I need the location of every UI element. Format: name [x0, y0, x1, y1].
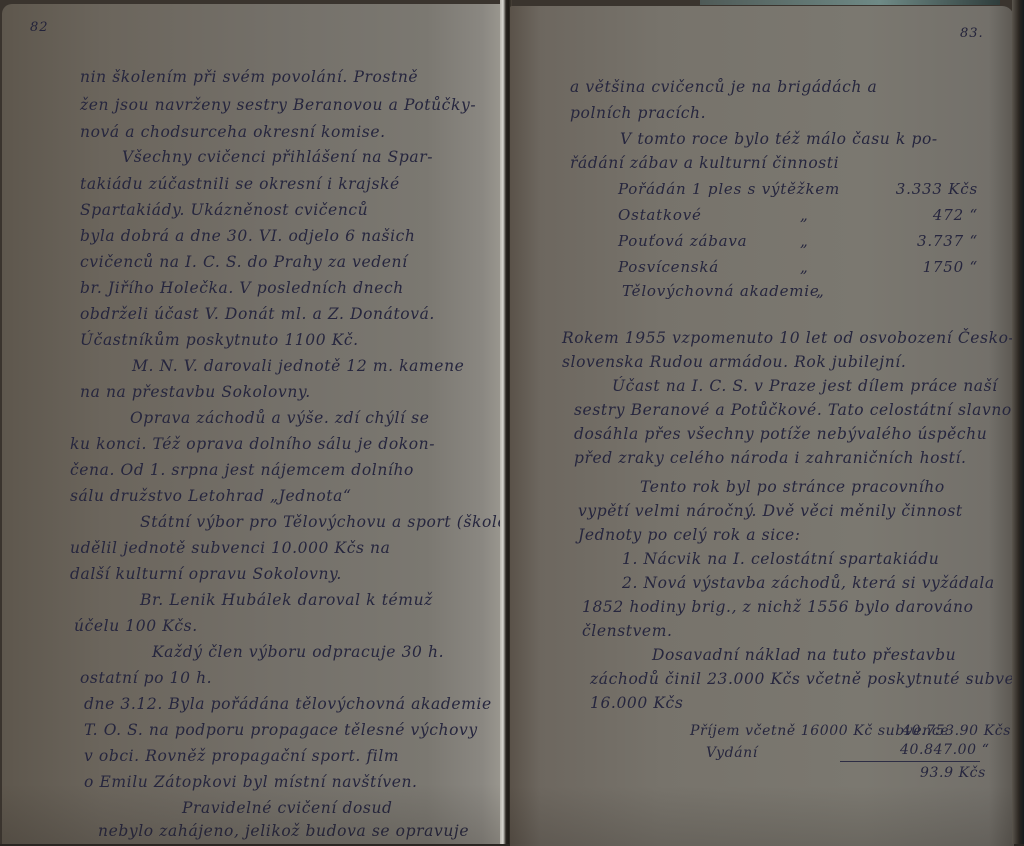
- text-line: T. O. S. na podporu propagace tělesné vý…: [84, 723, 478, 739]
- text-line: ku konci. Též oprava dolního sálu je dok…: [70, 437, 435, 453]
- text-line: ostatní po 10 h.: [80, 671, 212, 687]
- left-page: 82 nin školením při svém povolání. Prost…: [2, 4, 502, 844]
- text-line: před zraky celého národa i zahraničních …: [574, 451, 967, 467]
- text-line: na na přestavbu Sokolovny.: [80, 385, 311, 401]
- text-line: Tento rok byl po stránce pracovního: [640, 480, 945, 496]
- text-line: Rokem 1955 vzpomenuto 10 let od osvoboze…: [562, 331, 1014, 347]
- text-line: 16.000 Kčs: [590, 696, 683, 712]
- ledger-ditto: „: [800, 232, 809, 250]
- ledger-ditto: „: [816, 282, 825, 300]
- text-line: 1852 hodiny brig., z nichž 1556 bylo dar…: [582, 600, 974, 616]
- page-shadow: [510, 786, 1014, 844]
- text-line: záchodů činil 23.000 Kčs včetně poskytnu…: [590, 672, 1014, 688]
- text-line: Účastníkům poskytnuto 1100 Kč.: [80, 333, 359, 349]
- sum-rule: [840, 761, 980, 762]
- page-edge: [1012, 0, 1024, 844]
- text-line: cvičenců na I. C. S. do Prahy za vedení: [80, 255, 408, 271]
- text-line: nin školením při svém povolání. Prostně: [80, 70, 418, 86]
- text-line: br. Jiřího Holečka. V posledních dnech: [80, 281, 404, 297]
- text-line: Státní výbor pro Tělovýchovu a sport (šk…: [140, 515, 502, 531]
- text-line: účelu 100 Kčs.: [74, 619, 198, 635]
- ledger-amount: 3.737 “: [868, 232, 978, 250]
- text-line: polních pracích.: [570, 106, 706, 122]
- text-line: vypětí velmi náročný. Dvě věci měnily či…: [578, 504, 963, 520]
- text-line: udělil jednotě subvenci 10.000 Kčs na: [70, 541, 390, 557]
- text-line: sálu družstvo Letohrad „Jednota“: [70, 489, 352, 505]
- text-line: nebylo zahájeno, jelikož budova se oprav…: [98, 824, 469, 840]
- text-line: slovenska Rudou armádou. Rok jubilejní.: [562, 355, 906, 371]
- text-line: řádání zábav a kulturní činnosti: [570, 156, 839, 172]
- page-number: 83.: [960, 26, 984, 41]
- text-line: sestry Beranové a Potůčkové. Tato celost…: [574, 403, 1014, 419]
- ledger-row: Posvícenská „ 1750 “: [618, 258, 968, 278]
- difference-amount: 93.9 Kčs: [920, 766, 986, 780]
- text-line: V tomto roce bylo též málo času k po-: [620, 132, 938, 148]
- text-line: Všechny cvičenci přihlášení na Spar-: [122, 150, 433, 166]
- page-number: 82: [30, 20, 49, 35]
- right-page: 83. a většina cvičenců je na brigádách a…: [510, 6, 1014, 844]
- text-line: členstvem.: [582, 624, 673, 640]
- text-line: o Emilu Zátopkovi byl místní navštíven.: [84, 775, 418, 791]
- text-line: Účast na I. C. S. v Praze jest dílem prá…: [612, 379, 998, 395]
- text-line: další kulturní opravu Sokolovny.: [70, 567, 342, 583]
- ledger-label: Pořádán 1 ples s výtěžkem: [618, 180, 840, 198]
- text-line: dne 3.12. Byla pořádána tělovýchovná aka…: [84, 697, 492, 713]
- expense-label: Vydání: [706, 746, 758, 760]
- expense-amount: 40.847.00 “: [900, 743, 989, 757]
- text-line: v obci. Rovněž propagační sport. film: [84, 749, 399, 765]
- text-line: Každý člen výboru odpracuje 30 h.: [152, 645, 444, 661]
- ledger-label: Tělovýchovná akademie: [622, 282, 820, 300]
- text-line: žen jsou navrženy sestry Beranovou a Pot…: [80, 98, 476, 114]
- income-amount: 40.753.90 Kčs: [902, 724, 1011, 738]
- ledger-row: Pořádán 1 ples s výtěžkem 3.333 Kčs: [618, 180, 968, 200]
- text-line: byla dobrá a dne 30. VI. odjelo 6 našich: [80, 229, 416, 245]
- ledger-label: Pouťová zábava: [618, 232, 747, 250]
- text-line: dosáhla přes všechny potíže nebývalého ú…: [574, 427, 987, 443]
- text-line: 2. Nová výstavba záchodů, která si vyžád…: [622, 576, 995, 592]
- text-line: Br. Lenik Hubálek daroval k témuž: [140, 593, 433, 609]
- text-line: M. N. V. darovali jednotě 12 m. kamene: [132, 359, 464, 375]
- ledger-label: Posvícenská: [618, 258, 719, 276]
- ledger-row: Tělovýchovná akademie „: [622, 282, 972, 302]
- text-line: Dosavadní náklad na tuto přestavbu: [652, 648, 956, 664]
- ledger-label: Ostatkové: [618, 206, 702, 224]
- ledger-amount: 1750 “: [868, 258, 978, 276]
- text-line: Pravidelné cvičení dosud: [182, 801, 393, 817]
- text-line: 1. Nácvik na I. celostátní spartakiádu: [622, 552, 939, 568]
- text-line: nová a chodsurceha okresní komise.: [80, 125, 386, 141]
- ledger-amount: 3.333 Kčs: [868, 180, 978, 198]
- notebook-spread: 82 nin školením při svém povolání. Prost…: [0, 0, 1024, 844]
- text-line: takiádu zúčastnili se okresní i krajské: [80, 177, 400, 193]
- ledger-ditto: „: [800, 206, 809, 224]
- ledger-row: Pouťová zábava „ 3.737 “: [618, 232, 968, 252]
- text-line: Spartakiády. Ukázněnost cvičenců: [80, 203, 368, 219]
- text-line: Jednoty po celý rok a sice:: [578, 528, 801, 544]
- ledger-row: Ostatkové „ 472 “: [618, 206, 968, 226]
- background-object-strip: [700, 0, 1000, 5]
- text-line: a většina cvičenců je na brigádách a: [570, 80, 877, 96]
- ledger-ditto: „: [800, 258, 809, 276]
- ledger-amount: 472 “: [868, 206, 978, 224]
- text-line: Oprava záchodů a výše. zdí chýlí se: [130, 411, 429, 427]
- text-line: obdrželi účast V. Donát ml. a Z. Donátov…: [80, 307, 435, 323]
- text-line: čena. Od 1. srpna jest nájemcem dolního: [70, 463, 414, 479]
